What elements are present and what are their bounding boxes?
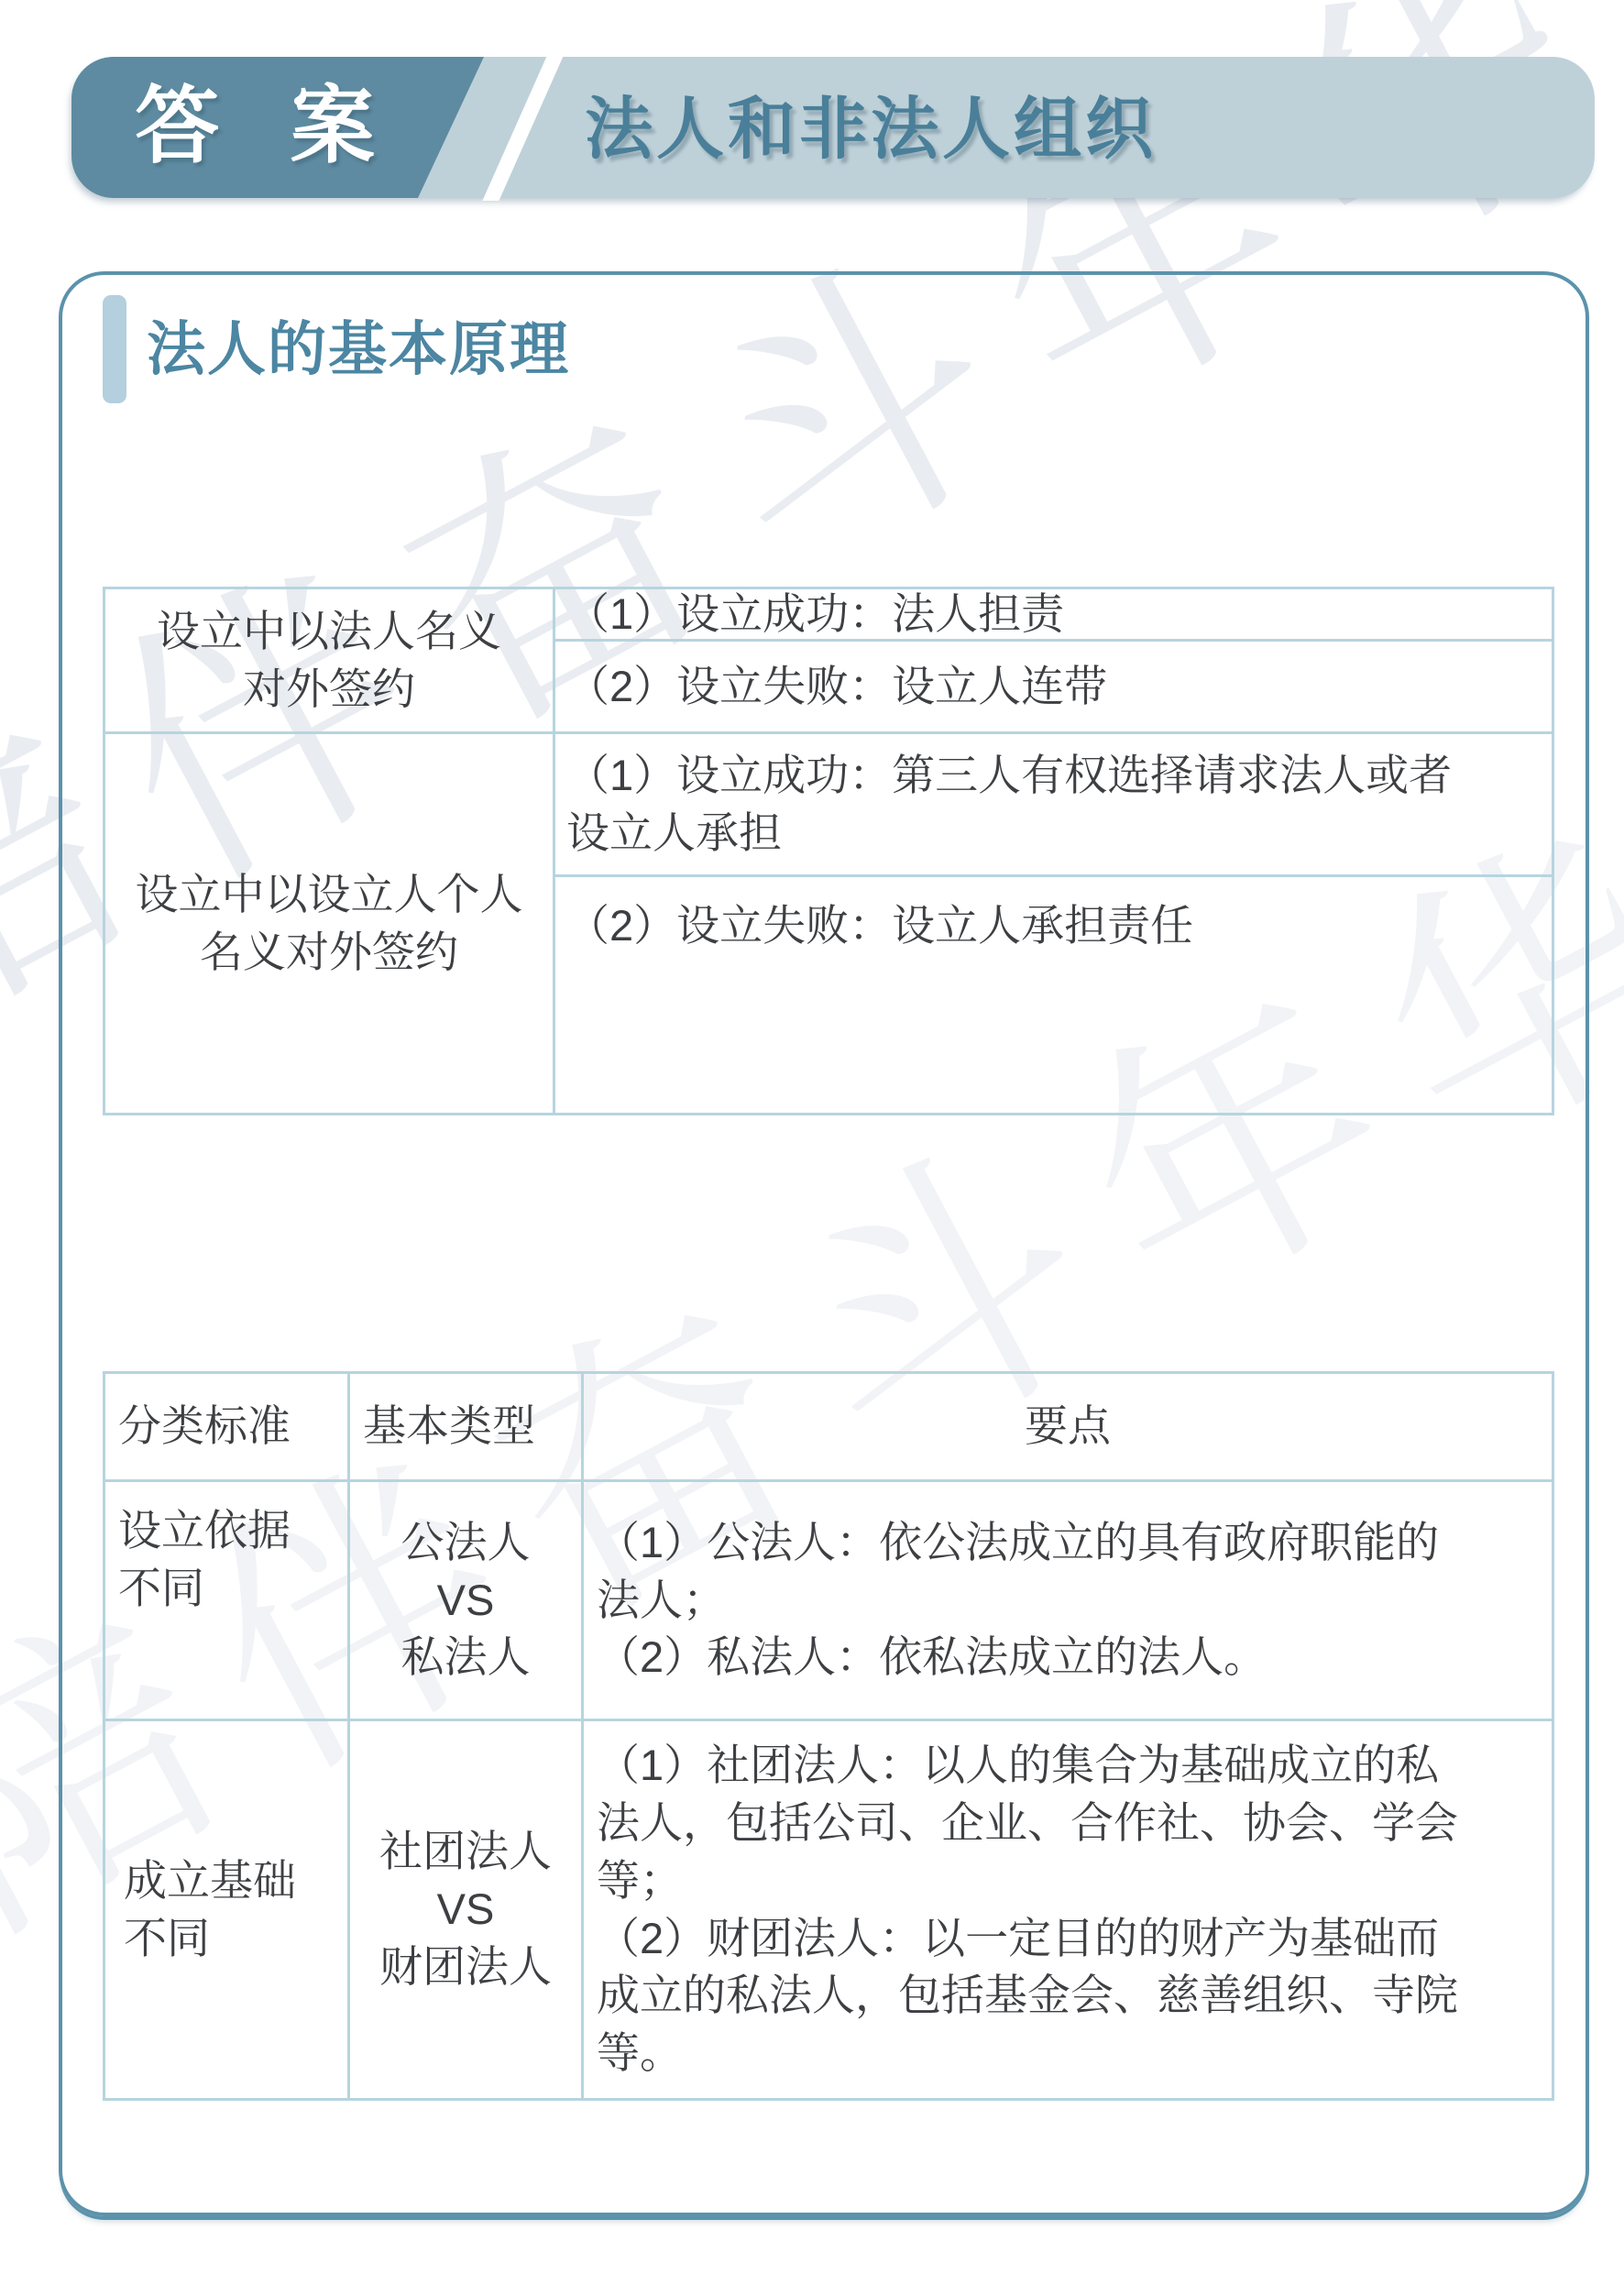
criterion-cell: 设立依据 不同 xyxy=(105,1479,347,1719)
legal-person-classification-table: 分类标准 基本类型 要点 设立依据 不同 公法人 VS 私法人 （1）公法人：依… xyxy=(103,1371,1554,2101)
types-cell: 社团法人 VS 财团法人 xyxy=(347,1719,581,2098)
column-header: 基本类型 xyxy=(347,1374,581,1479)
badge-slant-divider xyxy=(482,54,564,201)
answer-sheet-page: 陪伴奋斗年华 陪伴奋斗年华 答 案 法人和非法人组织 法人的基本原理 设立中以法… xyxy=(0,0,1624,2274)
table-cell: （1）设立成功：法人担责 xyxy=(553,589,1552,639)
answer-badge-label: 答 案 xyxy=(71,57,438,198)
column-header: 要点 xyxy=(581,1374,1552,1479)
criterion-cell: 成立基础 不同 xyxy=(105,1719,347,2098)
page-title: 法人和非法人组织 xyxy=(585,57,1157,198)
table-cell: （2）设立失败：设立人连带 xyxy=(553,639,1552,731)
header-banner: 答 案 法人和非法人组织 xyxy=(71,57,1595,198)
incorporation-liability-table: 设立中以法人名义 对外签约 （1）设立成功：法人担责 （2）设立失败：设立人连带… xyxy=(103,587,1554,1115)
section-accent-bar xyxy=(103,295,126,403)
points-cell: （1）社团法人：以人的集合为基础成立的私 法人，包括公司、企业、合作社、协会、学… xyxy=(581,1719,1552,2098)
section-title: 法人的基本原理 xyxy=(147,291,570,407)
table-row-label: 设立中以法人名义 对外签约 xyxy=(105,589,553,731)
types-cell: 公法人 VS 私法人 xyxy=(347,1479,581,1719)
points-cell: （1）公法人：依公法成立的具有政府职能的 法人； （2）私法人：依私法成立的法人… xyxy=(581,1479,1552,1719)
table-cell: （1）设立成功：第三人有权选择请求法人或者 设立人承担 xyxy=(553,731,1552,874)
table-cell: （2）设立失败：设立人承担责任 xyxy=(553,874,1552,1113)
column-header: 分类标准 xyxy=(105,1374,347,1479)
table-row-label: 设立中以设立人个人 名义对外签约 xyxy=(105,731,553,1113)
